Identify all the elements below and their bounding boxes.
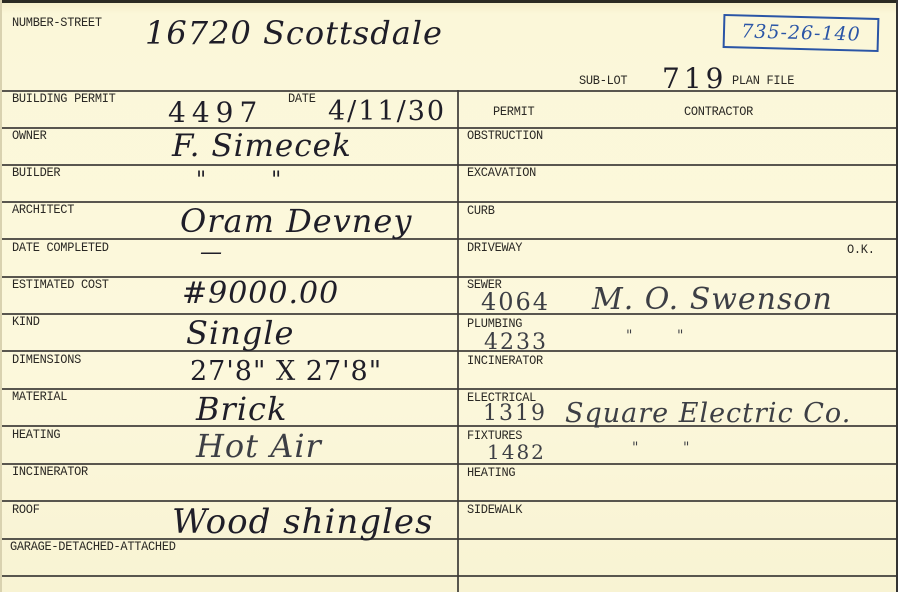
file-number-stamp: 735-26-140 <box>723 14 880 52</box>
date-completed-label: DATE COMPLETED <box>12 240 109 255</box>
date-label: DATE <box>288 91 316 106</box>
electrical-contractor: Square Electric Co. <box>565 398 851 429</box>
incinerator-permit-label: INCINERATOR <box>467 353 543 368</box>
builder-label: BUILDER <box>12 165 60 180</box>
number-street-label: NUMBER-STREET <box>12 15 102 30</box>
dimensions-label: DIMENSIONS <box>12 352 81 367</box>
architect-label: ARCHITECT <box>12 202 74 217</box>
material-value: Brick <box>196 390 287 428</box>
permit-column-header: PERMIT <box>493 104 534 119</box>
fixtures-contractor: " " <box>632 440 690 456</box>
material-label: MATERIAL <box>12 389 67 404</box>
builder-value: " " <box>196 168 282 193</box>
plumbing-contractor: " " <box>626 328 684 344</box>
obstruction-label: OBSTRUCTION <box>467 128 543 143</box>
contractor-column-header: CONTRACTOR <box>684 104 753 119</box>
card-left-edge <box>0 0 2 592</box>
driveway-label: DRIVEWAY <box>467 240 522 255</box>
column-divider <box>457 90 459 592</box>
rule-line <box>2 276 896 278</box>
heating-permit-label: HEATING <box>467 465 515 480</box>
plan-file-label: PLAN FILE <box>732 73 794 88</box>
heating-value: Hot Air <box>196 427 322 465</box>
date-completed-value: — <box>200 240 223 265</box>
plumbing-label: PLUMBING <box>467 316 522 331</box>
rule-line <box>2 90 896 92</box>
kind-label: KIND <box>12 314 40 329</box>
card-top-edge <box>0 0 898 3</box>
rule-line <box>2 463 896 465</box>
architect-value: Oram Devney <box>180 202 412 240</box>
heating-label: HEATING <box>12 427 60 442</box>
estimated-cost-label: ESTIMATED COST <box>12 277 109 292</box>
roof-label: ROOF <box>12 502 40 517</box>
electrical-permit-number: 1319 <box>483 401 547 426</box>
number-street-value: 16720 Scottsdale <box>145 14 443 52</box>
rule-line <box>2 500 896 502</box>
building-permit-label: BUILDING PERMIT <box>12 91 116 106</box>
kind-value: Single <box>186 314 294 352</box>
building-permit-value: 4497 <box>168 96 263 129</box>
rule-line <box>2 127 896 129</box>
rule-line <box>2 575 896 577</box>
plumbing-permit-number: 4233 <box>484 330 548 355</box>
rule-line <box>2 201 896 203</box>
fixtures-permit-number: 1482 <box>487 440 546 464</box>
sewer-contractor: M. O. Swenson <box>592 282 833 317</box>
sidewalk-label: SIDEWALK <box>467 502 522 517</box>
rule-line <box>2 238 896 240</box>
sewer-permit-number: 4064 <box>481 288 550 316</box>
dimensions-value: 27'8" X 27'8" <box>190 356 382 387</box>
driveway-note: O.K. <box>847 242 875 257</box>
excavation-label: EXCAVATION <box>467 165 536 180</box>
rule-line <box>2 350 896 352</box>
rule-line <box>2 388 896 390</box>
garage-label: GARAGE-DETACHED-ATTACHED <box>10 539 176 554</box>
sub-lot-label: SUB-LOT <box>579 73 627 88</box>
date-value: 4/11/30 <box>328 96 446 127</box>
incinerator-label: INCINERATOR <box>12 464 88 479</box>
building-permit-card: NUMBER-STREET 16720 Scottsdale 735-26-14… <box>0 0 898 592</box>
owner-value: F. Simecek <box>172 128 352 164</box>
roof-value: Wood shingles <box>172 502 433 542</box>
curb-label: CURB <box>467 203 495 218</box>
estimated-cost-value: #9000.00 <box>182 276 339 311</box>
owner-label: OWNER <box>12 128 47 143</box>
rule-line <box>2 164 896 166</box>
